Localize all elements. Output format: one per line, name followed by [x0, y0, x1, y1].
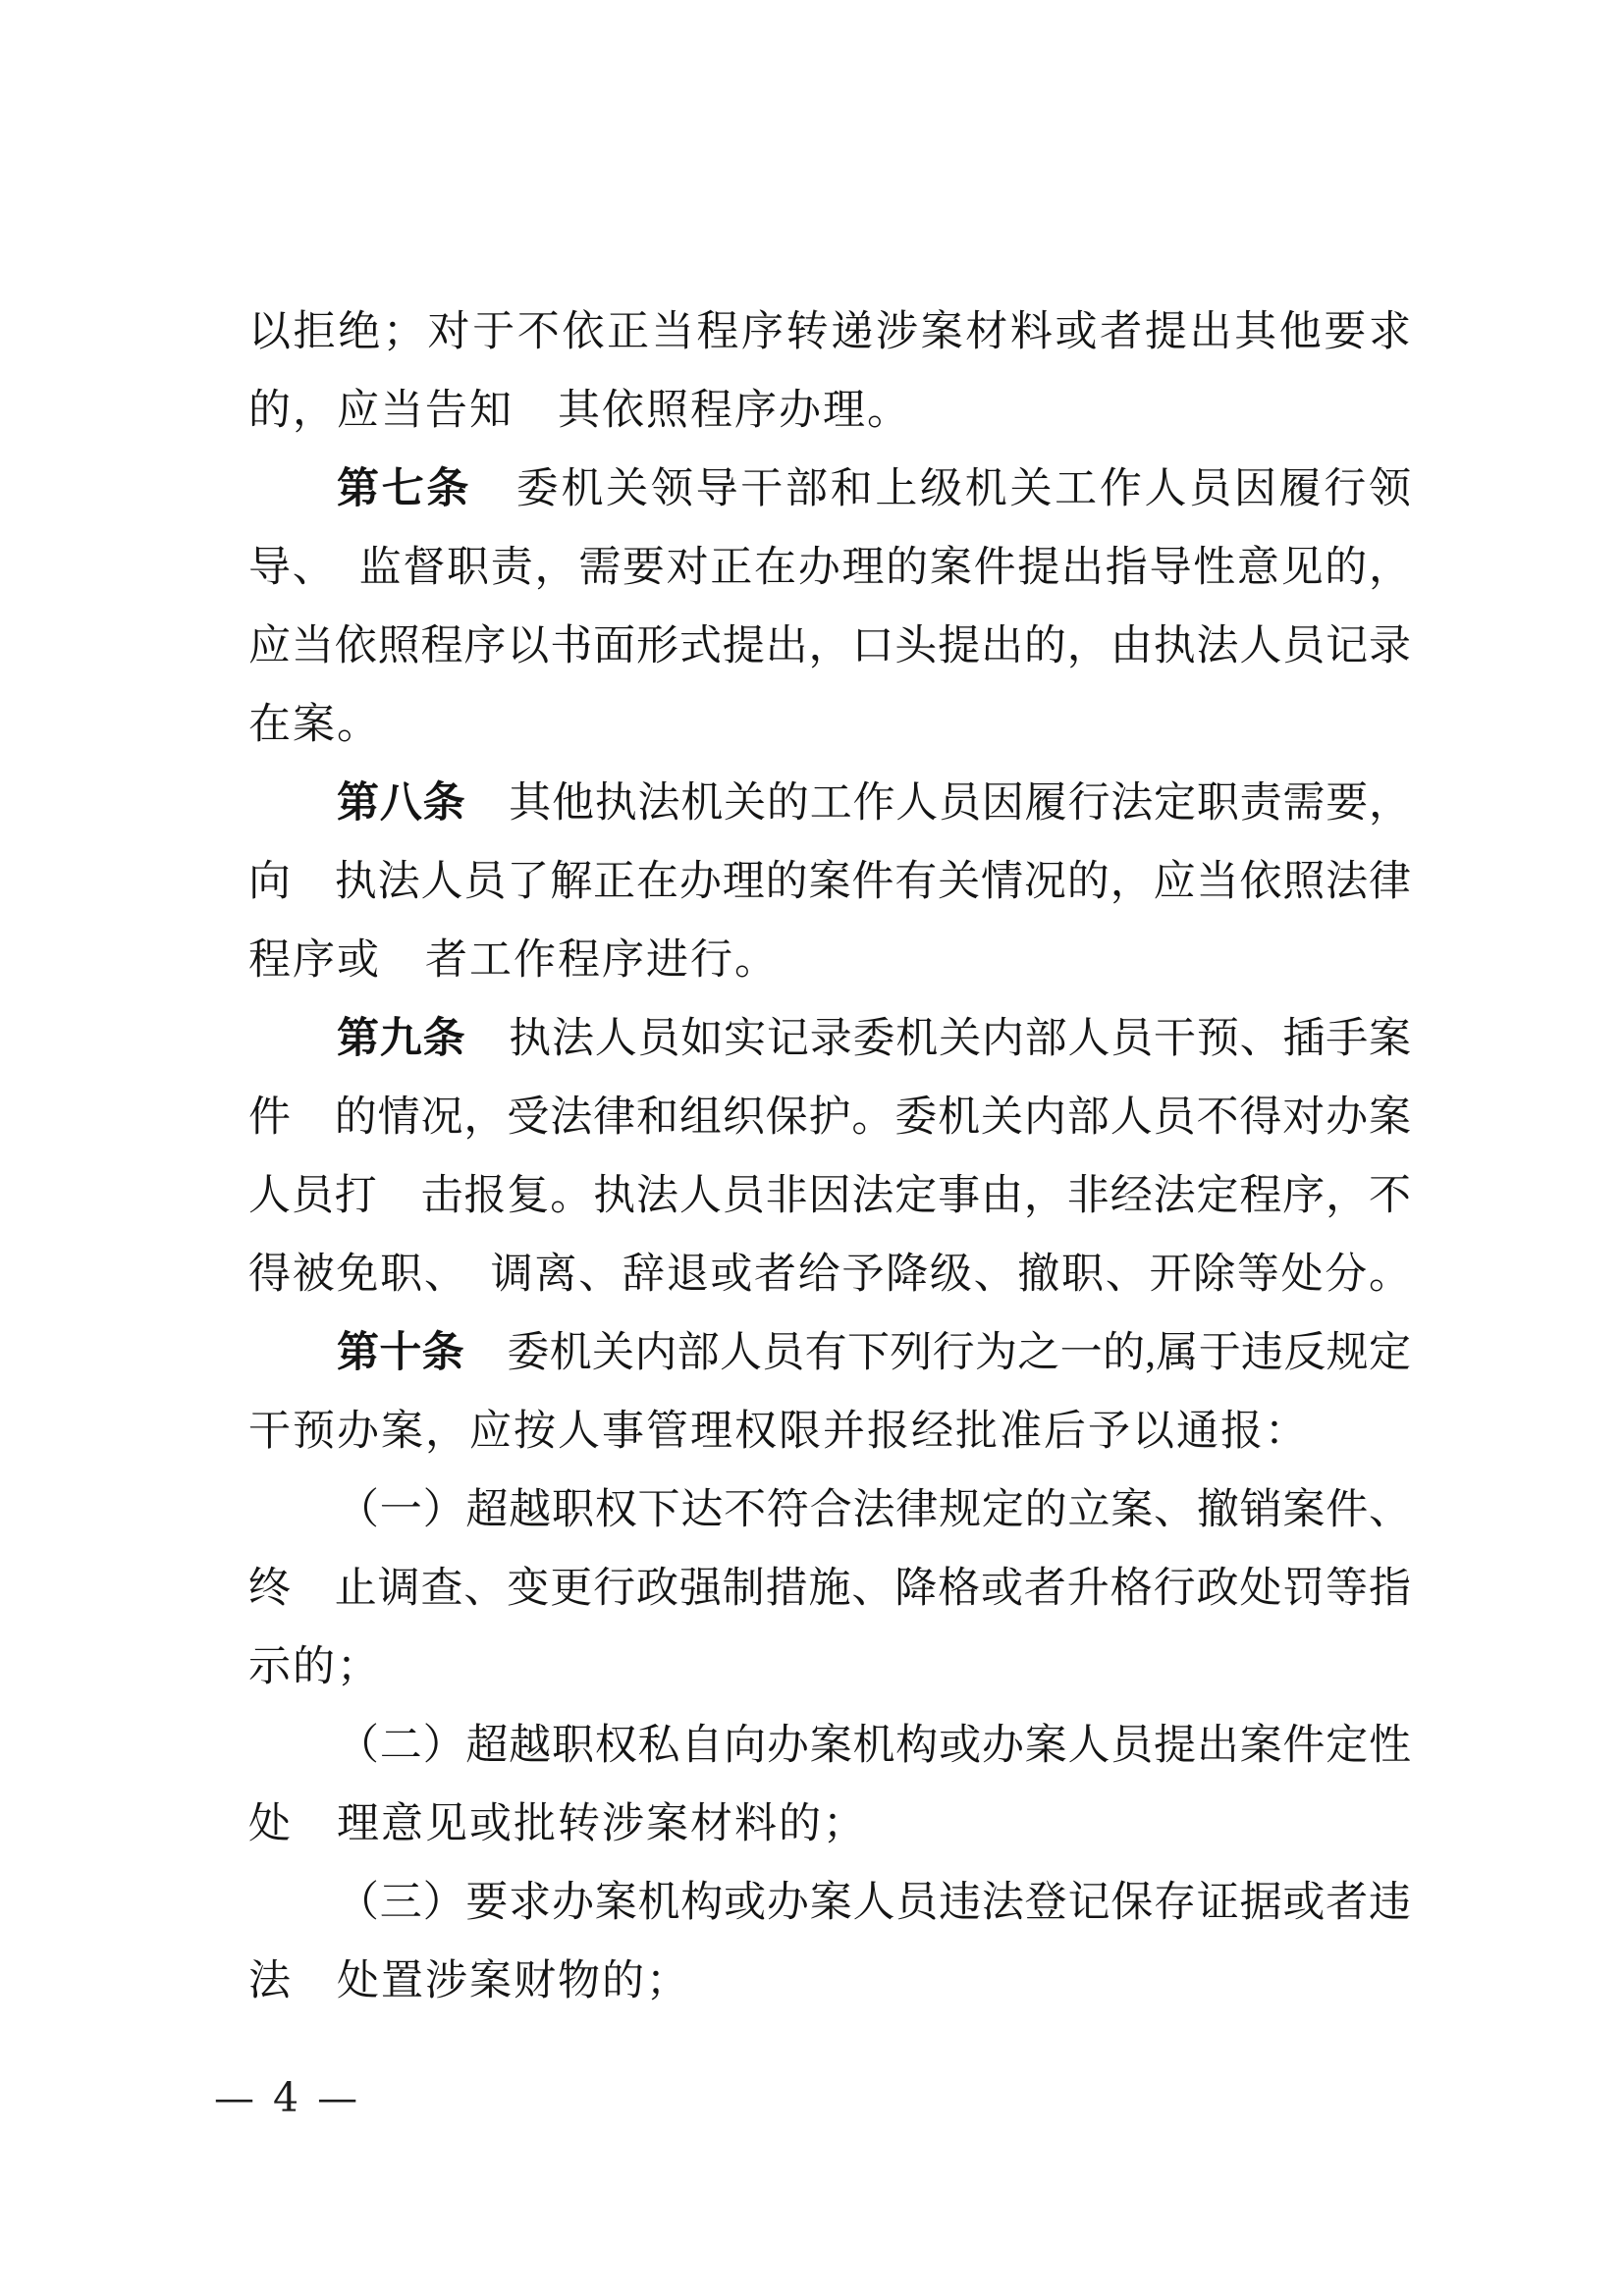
text-line: 第七条 委机关领导干部和上级机关工作人员因履行领 [248, 451, 1411, 529]
text-line: 导、 监督职责，需要对正在办理的案件提出指导性意见的， [248, 529, 1411, 608]
article-number: 第九条 [337, 1016, 465, 1062]
text-segment: 示的； [248, 1644, 381, 1690]
article-number: 第十条 [337, 1330, 464, 1376]
text-line: 应当依照程序以书面形式提出，口头提出的，由执法人员记录 [248, 608, 1411, 686]
text-segment: 应当依照程序以书面形式提出，口头提出的，由执法人员记录 [248, 623, 1411, 669]
text-segment: 以拒绝；对于不依正当程序转递涉案材料或者提出其他要求 [248, 309, 1411, 355]
text-line: 第八条 其他执法机关的工作人员因履行法定职责需要， [248, 765, 1411, 843]
text-segment: 导、 监督职责，需要对正在办理的案件提出指导性意见的， [248, 545, 1411, 591]
text-segment: 终 止调查、变更行政强制措施、降格或者升格行政处罚等指 [248, 1566, 1411, 1612]
text-line: （三）要求办案机构或办案人员违法登记保存证据或者违 [248, 1864, 1411, 1943]
page-number: — 4 — [214, 2073, 360, 2122]
text-segment: 委机关内部人员有下列行为之一的,属于违反规定 [464, 1330, 1411, 1376]
text-segment: 向 执法人员了解正在办理的案件有关情况的，应当依照法律 [248, 859, 1411, 905]
document-page: 以拒绝；对于不依正当程序转递涉案材料或者提出其他要求的，应当告知 其依照程序办理… [0, 0, 1624, 2296]
text-segment: 执法人员如实记录委机关内部人员干预、插手案 [465, 1016, 1411, 1062]
text-line: 在案。 [248, 686, 1411, 765]
text-line: 终 止调查、变更行政强制措施、降格或者升格行政处罚等指 [248, 1550, 1411, 1629]
text-line: 人员打 击报复。执法人员非因法定事由，非经法定程序，不 [248, 1157, 1411, 1236]
text-line: 处 理意见或批转涉案材料的； [248, 1786, 1411, 1864]
text-segment: 人员打 击报复。执法人员非因法定事由，非经法定程序，不 [248, 1173, 1411, 1219]
article-number: 第七条 [337, 466, 471, 512]
text-segment: 程序或 者工作程序进行。 [248, 937, 779, 984]
text-block: 以拒绝；对于不依正当程序转递涉案材料或者提出其他要求的，应当告知 其依照程序办理… [248, 294, 1411, 2021]
text-segment: （一）超越职权下达不符合法律规定的立案、撤销案件、 [337, 1487, 1411, 1533]
text-line: 件 的情况，受法律和组织保护。委机关内部人员不得对办案 [248, 1079, 1411, 1157]
text-segment: 处 理意见或批转涉案材料的； [248, 1801, 867, 1847]
text-line: 的，应当告知 其依照程序办理。 [248, 372, 1411, 451]
article-number: 第八条 [337, 780, 465, 827]
text-line: 得被免职、 调离、辞退或者给予降级、撤职、开除等处分。 [248, 1236, 1411, 1314]
text-segment: （二）超越职权私自向办案机构或办案人员提出案件定性 [337, 1723, 1411, 1769]
text-line: 干预办案，应按人事管理权限并报经批准后予以通报： [248, 1393, 1411, 1471]
text-segment: 得被免职、 调离、辞退或者给予降级、撤职、开除等处分。 [248, 1252, 1411, 1298]
text-line: 第十条 委机关内部人员有下列行为之一的,属于违反规定 [248, 1314, 1411, 1393]
text-line: （一）超越职权下达不符合法律规定的立案、撤销案件、 [248, 1471, 1411, 1550]
text-segment: 在案。 [248, 702, 381, 748]
text-line: 向 执法人员了解正在办理的案件有关情况的，应当依照法律 [248, 843, 1411, 922]
text-segment: 件 的情况，受法律和组织保护。委机关内部人员不得对办案 [248, 1095, 1411, 1141]
text-segment: 干预办案，应按人事管理权限并报经批准后予以通报： [248, 1409, 1309, 1455]
text-segment: 委机关领导干部和上级机关工作人员因履行领 [471, 466, 1411, 512]
text-line: 以拒绝；对于不依正当程序转递涉案材料或者提出其他要求 [248, 294, 1411, 372]
text-line: 示的； [248, 1629, 1411, 1707]
text-line: 法 处置涉案财物的； [248, 1943, 1411, 2021]
text-line: 第九条 执法人员如实记录委机关内部人员干预、插手案 [248, 1000, 1411, 1079]
text-line: （二）超越职权私自向办案机构或办案人员提出案件定性 [248, 1707, 1411, 1786]
text-segment: 法 处置涉案财物的； [248, 1958, 690, 2004]
text-segment: （三）要求办案机构或办案人员违法登记保存证据或者违 [337, 1880, 1411, 1926]
text-line: 程序或 者工作程序进行。 [248, 922, 1411, 1000]
text-segment: 的，应当告知 其依照程序办理。 [248, 388, 911, 434]
text-segment: 其他执法机关的工作人员因履行法定职责需要， [465, 780, 1411, 827]
